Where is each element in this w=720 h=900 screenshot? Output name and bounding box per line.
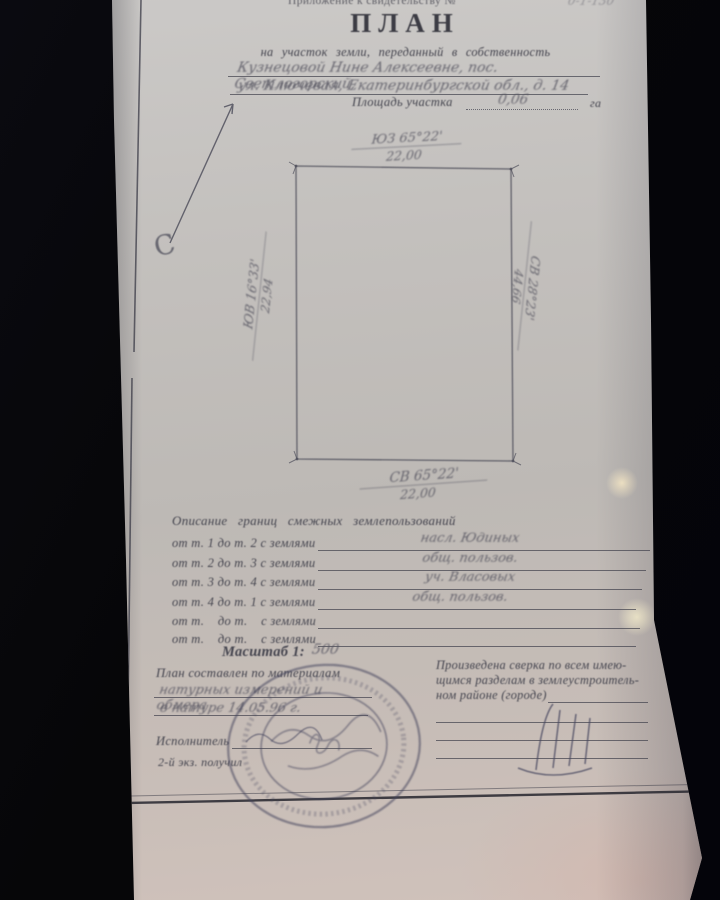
area-unit: га xyxy=(590,96,601,111)
executor-rule xyxy=(232,732,372,749)
boundary-row-rule xyxy=(318,612,640,629)
boundary-row-label: от т. 2 до т. 3 с землями xyxy=(172,556,315,571)
registry-line1: Произведена сверка по всем имею- xyxy=(436,658,656,673)
boundary-row-label: от т. 3 до т. 4 с землями xyxy=(172,575,315,590)
left-dimension-group: ЮВ 16°33' 22,94 xyxy=(237,229,284,362)
plot-rectangle xyxy=(289,162,521,465)
boundary-row-label: от т. 4 до т. 1 с землями xyxy=(172,595,315,610)
plan-source-label: План составлен по материалам xyxy=(156,666,340,681)
boundary-row-label: от т. до т. с землями xyxy=(172,614,316,629)
boundary-row-value: общ. пользов. xyxy=(369,590,552,605)
boundary-row-value: уч. Власовых xyxy=(379,570,562,585)
right-dimension-group: СВ 28°23' 44,66 xyxy=(499,221,546,354)
document-page: Приложение к свидетельству № 0-1-130 ПЛА… xyxy=(0,0,720,900)
annex-label: Приложение к свидетельству № xyxy=(288,0,568,7)
area-label: Площадь участка xyxy=(352,95,453,110)
boundary-row-value: общ. пользов. xyxy=(379,551,562,566)
source-line2: в натуре 14.05.96 г. xyxy=(159,701,362,716)
top-length-label: 22,00 xyxy=(367,146,440,165)
boundary-row-value: насл. Юдиных xyxy=(379,531,562,546)
area-value: 0,06 xyxy=(497,92,530,108)
photo-background: Приложение к свидетельству № 0-1-130 ПЛА… xyxy=(0,0,720,900)
description-heading: Описание границ смежных землепользований xyxy=(172,513,456,529)
page-title: ПЛАН xyxy=(335,8,475,39)
scale-label: Масштаб 1: xyxy=(222,644,305,661)
north-arrow-icon xyxy=(170,104,233,243)
north-label: С xyxy=(151,228,179,263)
left-edge-shadow xyxy=(112,0,142,900)
registry-rule xyxy=(436,724,648,741)
executor-label: Исполнитель xyxy=(156,734,229,749)
scale-value: 500 xyxy=(311,642,341,658)
copy-label: 2-й экз. получил xyxy=(158,755,242,770)
registry-rule xyxy=(436,742,648,759)
registry-rule xyxy=(436,706,648,723)
boundary-row-rule xyxy=(318,630,636,647)
annex-number: 0-1-130 xyxy=(567,0,659,8)
registry-rule-inline xyxy=(548,686,648,703)
boundary-row-label: от т. 1 до т. 2 с землями xyxy=(172,536,315,551)
top-bearing-label: ЮЗ 65°22' xyxy=(351,128,462,150)
right-edge-shadow xyxy=(596,0,720,900)
